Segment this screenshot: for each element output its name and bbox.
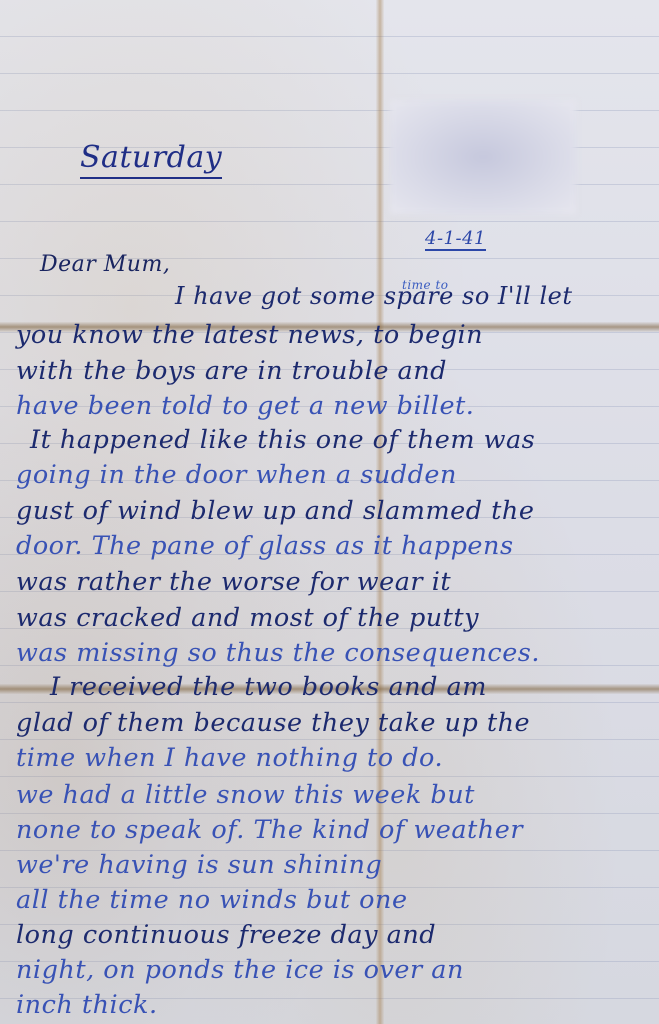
- letter-line: with the boys are in trouble and: [16, 356, 447, 386]
- letter-line: you know the latest news, to begin: [16, 320, 483, 350]
- letter-line: inch thick.: [16, 990, 158, 1020]
- letter-line: going in the door when a sudden: [16, 460, 457, 490]
- letter-line: It happened like this one of them was: [30, 425, 535, 455]
- letter-line: was missing so thus the consequences.: [16, 638, 540, 668]
- letter-line: gust of wind blew up and slammed the: [16, 496, 534, 526]
- letter-line: we had a little snow this week but: [16, 780, 475, 810]
- letter-salutation: Dear Mum,: [40, 252, 170, 277]
- letter-page: Saturday 4-1-41 Dear Mum, time to I have…: [0, 0, 659, 1024]
- letter-heading-day: Saturday: [80, 140, 222, 179]
- letter-line: all the time no winds but one: [16, 885, 408, 915]
- letter-line: time when I have nothing to do.: [16, 743, 443, 773]
- letter-line: glad of them because they take up the: [16, 708, 530, 738]
- letter-date: 4-1-41: [425, 228, 486, 251]
- letter-line: door. The pane of glass as it happens: [16, 531, 514, 561]
- letter-line: night, on ponds the ice is over an: [16, 955, 464, 985]
- letter-line: I received the two books and am: [50, 672, 487, 702]
- redacted-address-block: [390, 100, 576, 214]
- letter-line: have been told to get a new billet.: [16, 391, 474, 421]
- letter-line: I have got some spare so I'll let: [175, 282, 572, 310]
- letter-line: none to speak of. The kind of weather: [16, 815, 523, 845]
- letter-line: we're having is sun shining: [16, 850, 382, 880]
- letter-line: long continuous freeze day and: [16, 920, 436, 950]
- letter-line: was cracked and most of the putty: [16, 603, 479, 633]
- letter-line: was rather the worse for wear it: [16, 567, 451, 597]
